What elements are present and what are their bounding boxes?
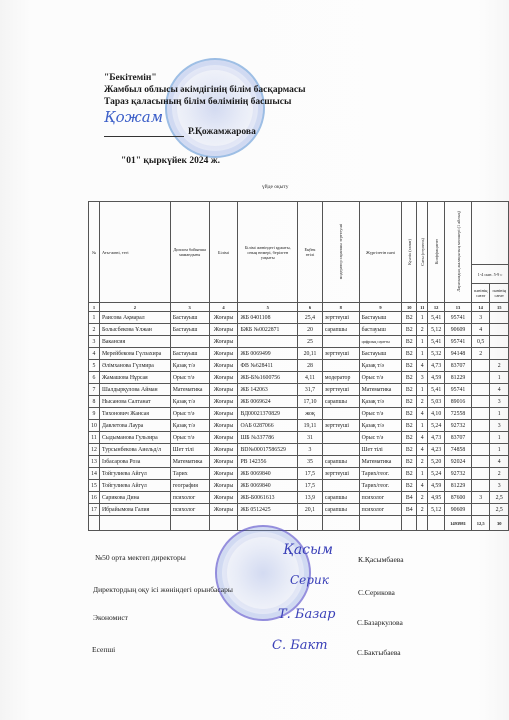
approval-block: "Бекітемін" Жамбыл облысы әкімдігінің бі…	[104, 72, 306, 108]
cell-salary: 92024	[445, 456, 472, 468]
signatory-name-3: С.Базаркулова	[357, 618, 403, 627]
cell-no: 8	[89, 396, 100, 408]
cell-h15: 1	[490, 432, 509, 444]
cell-h14: 2	[471, 348, 490, 360]
cell-cat: сарапшы	[322, 456, 359, 468]
cell-h15: 2	[490, 468, 509, 480]
cell-name: Раисова Ақмарал	[99, 312, 170, 324]
approver-name: Р.Қожамжарова	[188, 127, 256, 137]
cell-salary: 74858	[445, 444, 472, 456]
signatory-name-1: К.Қасымбаева	[358, 555, 404, 564]
cell-grade: В4	[402, 492, 417, 504]
cell-name: Тойгулиева Айгүл	[99, 480, 170, 492]
cell-doc: ВД00021370829	[238, 408, 298, 420]
cell-level: 2	[417, 456, 428, 468]
header-hours-14: пәнінің сағат	[471, 284, 490, 303]
cell-edu: Жоғары	[209, 444, 238, 456]
cell-salary: 81229	[445, 372, 472, 384]
cell-h14: 4	[471, 324, 490, 336]
cell-name: Сыдыманова Гульзира	[99, 432, 170, 444]
cell-name: Болысбекова Ұлжан	[99, 324, 170, 336]
cell-coef: 4,59	[428, 372, 445, 384]
cell-grade: В2	[402, 480, 417, 492]
totals-row: 1493981 12,5 30	[89, 516, 509, 531]
cell-diploma: Математика	[170, 456, 209, 468]
cell-doc: ЖБ 142063	[238, 384, 298, 396]
cell-coef: 5,24	[428, 420, 445, 432]
cell-salary: 81229	[445, 480, 472, 492]
cell-doc: ЖБ 0069840	[238, 480, 298, 492]
cell-grade: В2	[402, 360, 417, 372]
approval-date: "01" қыркүйек 2024 ж.	[121, 156, 220, 166]
cell-doc: ФВ №628411	[238, 360, 298, 372]
cell-exp: 13,9	[298, 492, 323, 504]
cell-salary: 92732	[445, 468, 472, 480]
cell-salary: 94148	[445, 348, 472, 360]
cell-exp: 19,11	[298, 420, 323, 432]
header-document: Білімі жөніндегі құжаты, оның нөмері, бе…	[238, 202, 298, 303]
cell-h15: 3	[490, 420, 509, 432]
cell-level: 4	[417, 360, 428, 372]
cell-exp: 17,10	[298, 396, 323, 408]
cell-no: 17	[89, 504, 100, 516]
cell-diploma: Бастауыш	[170, 348, 209, 360]
cell-edu: Жоғары	[209, 384, 238, 396]
cell-diploma: психолог	[170, 492, 209, 504]
cell-cat: зерттеуші	[322, 468, 359, 480]
cell-coef: 4,10	[428, 408, 445, 420]
cell-grade: В2	[402, 324, 417, 336]
cell-subj: Қазақ т/ә	[359, 360, 402, 372]
table-row: 7Шалдырқулова АйманМатематикаЖоғарыЖБ 14…	[89, 384, 509, 396]
cell-edu: Жоғары	[209, 396, 238, 408]
cell-salary: 87600	[445, 492, 472, 504]
cell-edu: Жоғары	[209, 480, 238, 492]
cell-coef: 4,73	[428, 432, 445, 444]
cell-diploma: Бастауыш	[170, 312, 209, 324]
cell-diploma: Бастауыш	[170, 324, 209, 336]
cell-exp: 31,7	[298, 384, 323, 396]
header-grade: Куәлік (санат)	[402, 202, 417, 303]
cell-coef: 5,12	[428, 504, 445, 516]
approval-heading: "Бекітемін"	[104, 72, 306, 84]
cell-h14	[471, 408, 490, 420]
cell-doc: РВ 142356	[238, 456, 298, 468]
cell-salary: 83707	[445, 360, 472, 372]
column-number-row: 1 2 3 4 5 6 8 9 10 11 12 13 14 15	[89, 303, 509, 312]
cell-grade: В2	[402, 408, 417, 420]
cell-exp: 20,1	[298, 504, 323, 516]
cell-exp: 17,5	[298, 480, 323, 492]
header-name: Аты-жөні, тегі	[99, 202, 170, 303]
cell-name: Давлетова Лаура	[99, 420, 170, 432]
table-row: 8Нысанова СалтанатҚазақ т/әЖоғарыЖБ 0069…	[89, 396, 509, 408]
cell-level: 2	[417, 396, 428, 408]
cell-h15	[490, 324, 509, 336]
cell-grade: В2	[402, 312, 417, 324]
cell-h14	[471, 384, 490, 396]
cell-cat	[322, 444, 359, 456]
cell-salary: 95741	[445, 384, 472, 396]
cell-name: Тойгулиева Айгүл	[99, 468, 170, 480]
cell-diploma: психолог	[170, 504, 209, 516]
header-subject: Жүргізетін пәні	[359, 202, 402, 303]
cell-doc: БЖБ №0022871	[238, 324, 298, 336]
cell-level: 2	[417, 504, 428, 516]
header-diploma: Диплом бойынша мамандығы	[170, 202, 209, 303]
cell-exp: 25,4	[298, 312, 323, 324]
table-row: 6Жамашова НұрсаяОрыс т/әЖоғарыЖБ-Б№16007…	[89, 372, 509, 384]
cell-cat: зерттеуші	[322, 348, 359, 360]
cell-exp: 31	[298, 432, 323, 444]
cell-subj: Орыс т/ә	[359, 408, 402, 420]
cell-no: 10	[89, 420, 100, 432]
header-education: Білімі	[209, 202, 238, 303]
cell-diploma: география	[170, 480, 209, 492]
cell-no: 2	[89, 324, 100, 336]
cell-edu: Жоғары	[209, 324, 238, 336]
cell-level: 2	[417, 324, 428, 336]
cell-level: 1	[417, 312, 428, 324]
cell-cat: зерттеуші	[322, 312, 359, 324]
document-page: Қожам "Бекітемін" Жамбыл облысы әкімдігі…	[0, 0, 509, 720]
cell-doc: ЖБ 0401108	[238, 312, 298, 324]
cell-exp: 20,11	[298, 348, 323, 360]
table-row: 10Давлетова ЛаураҚазақ т/әЖоғарыОАБ 0287…	[89, 420, 509, 432]
cell-edu: Жоғары	[209, 312, 238, 324]
total-hours-14: 12,5	[471, 516, 490, 531]
cell-salary: 90609	[445, 324, 472, 336]
cell-h14	[471, 360, 490, 372]
cell-name: Турсынбекова Аиельд/л	[99, 444, 170, 456]
table-row: 4Мерейбекова ГүлзахираБастауышЖоғарыЖБ 0…	[89, 348, 509, 360]
cell-h15: 4	[490, 456, 509, 468]
cell-h14	[471, 504, 490, 516]
cell-h14: 3	[471, 312, 490, 324]
table-row: 17Ибрайымова ГалияпсихологЖоғарыЖБ 05124…	[89, 504, 509, 516]
cell-subj: Тарих/геог.	[359, 468, 402, 480]
header-hours-15: пәнінің сағат	[490, 284, 509, 303]
cell-exp: 17,5	[298, 468, 323, 480]
header-coefficient: Коэффициент	[428, 202, 445, 303]
cell-diploma: Орыс т/ә	[170, 432, 209, 444]
cell-cat	[322, 480, 359, 492]
cell-no: 1	[89, 312, 100, 324]
cell-grade: В2	[402, 348, 417, 360]
cell-cat: сарапшы	[322, 396, 359, 408]
cell-h15: 2,5	[490, 504, 509, 516]
cell-diploma: Математика	[170, 384, 209, 396]
cell-doc: ОАБ 0287066	[238, 420, 298, 432]
cell-no: 14	[89, 468, 100, 480]
cell-h14: 3	[471, 492, 490, 504]
cell-salary: 95741	[445, 336, 472, 348]
cell-h14	[471, 372, 490, 384]
cell-name: Тихонович Жансая	[99, 408, 170, 420]
signature-line	[104, 136, 184, 137]
header-group-spacer	[471, 202, 508, 265]
cell-diploma: Орыс т/ә	[170, 372, 209, 384]
cell-h15: 2	[490, 360, 509, 372]
cell-grade: В2	[402, 372, 417, 384]
cell-no: 5	[89, 360, 100, 372]
cell-doc: ВD№00017586529	[238, 444, 298, 456]
cell-coef: 4,95	[428, 492, 445, 504]
cell-diploma: Қазақ т/ә	[170, 360, 209, 372]
cell-doc: ЖБ 0512425	[238, 504, 298, 516]
cell-edu: Жоғары	[209, 420, 238, 432]
cell-level: 2	[417, 492, 428, 504]
cell-h15: 4	[490, 384, 509, 396]
cell-name: Нысанова Салтанат	[99, 396, 170, 408]
cell-h15: 2,5	[490, 492, 509, 504]
cell-edu: Жоғары	[209, 348, 238, 360]
cell-no: 13	[89, 456, 100, 468]
cell-cat	[322, 408, 359, 420]
signatory-role-2: Директордың оқу ісі жөніндегі орынбасары	[93, 585, 233, 594]
cell-subj: бастауыш	[359, 324, 402, 336]
cell-edu: Жоғары	[209, 360, 238, 372]
cell-doc: ШБ №337786	[238, 432, 298, 444]
cell-h14	[471, 468, 490, 480]
cell-subj: цифрлық сауатты	[359, 336, 402, 348]
handwritten-signature-top: Қожам	[104, 108, 163, 126]
cell-diploma: Тарих	[170, 468, 209, 480]
cell-exp: 28	[298, 360, 323, 372]
cell-cat: сарапшы	[322, 492, 359, 504]
cell-coef: 5,03	[428, 396, 445, 408]
cell-grade: В2	[402, 444, 417, 456]
cell-no: 16	[89, 492, 100, 504]
cell-coef: 5,12	[428, 324, 445, 336]
cell-salary: 95741	[445, 312, 472, 324]
cell-subj: Тарих/геог.	[359, 480, 402, 492]
cell-h14	[471, 432, 490, 444]
cell-grade: В4	[402, 504, 417, 516]
cell-h15: 1	[490, 444, 509, 456]
table-row: 3ВакансияЖоғары25цифрлық сауаттыВ215,419…	[89, 336, 509, 348]
cell-coef: 5,41	[428, 384, 445, 396]
cell-no: 9	[89, 408, 100, 420]
cell-cat: модератор	[322, 372, 359, 384]
cell-edu: Жоғары	[209, 372, 238, 384]
total-hours-15: 30	[490, 516, 509, 531]
signatory-role-1: №50 орта мектеп директоры	[95, 553, 186, 562]
table-row: 12Турсынбекова Аиельд/лШет тіліЖоғарыВD№…	[89, 444, 509, 456]
cell-cat: сарапшы	[322, 504, 359, 516]
cell-h15: 3	[490, 396, 509, 408]
cell-level: 1	[417, 468, 428, 480]
cell-salary: 83707	[445, 432, 472, 444]
handwritten-signature-4: С. Бакт	[272, 638, 328, 653]
table-row: 13Ізбасарова РозаМатематикаЖоғарыРВ 1423…	[89, 456, 509, 468]
cell-level: 4	[417, 480, 428, 492]
header-experience: Еңбек өтілі	[298, 202, 323, 303]
table-row: 16Сарикова ДинапсихологЖоғарыЖБ-Б0061613…	[89, 492, 509, 504]
cell-grade: В2	[402, 420, 417, 432]
cell-name: Мерейбекова Гүлзахира	[99, 348, 170, 360]
cell-h14	[471, 480, 490, 492]
cell-name: Ибрайымова Галия	[99, 504, 170, 516]
cell-coef: 4,59	[428, 480, 445, 492]
cell-level: 1	[417, 420, 428, 432]
cell-h15: 1	[490, 372, 509, 384]
header-category: модератор сарапшы зерттеуші	[322, 202, 359, 303]
cell-doc: ЖБ 0069624	[238, 396, 298, 408]
cell-edu: Жоғары	[209, 432, 238, 444]
cell-level: 3	[417, 372, 428, 384]
cell-level: 1	[417, 348, 428, 360]
cell-grade: В2	[402, 456, 417, 468]
header-hours-group: 1-4 сын. 5-9 с	[471, 265, 508, 284]
cell-cat: сарапшы	[322, 324, 359, 336]
cell-h14	[471, 396, 490, 408]
cell-h14	[471, 456, 490, 468]
cell-exp: 3	[298, 444, 323, 456]
cell-edu: Жоғары	[209, 456, 238, 468]
header-no: №	[89, 202, 100, 303]
cell-subj: психолог	[359, 504, 402, 516]
signatory-name-2: С.Серикова	[358, 588, 395, 597]
cell-subj: Математика	[359, 456, 402, 468]
cell-doc	[238, 336, 298, 348]
cell-name: Жамашова Нұрсая	[99, 372, 170, 384]
cell-diploma	[170, 336, 209, 348]
cell-name: Әлімханова Гүлмира	[99, 360, 170, 372]
cell-cat: зерттеуші	[322, 384, 359, 396]
table-row: 14Тойгулиева АйгүлТарихЖоғарыЖБ 00698401…	[89, 468, 509, 480]
cell-exp: 4,11	[298, 372, 323, 384]
cell-subj: психолог	[359, 492, 402, 504]
cell-name: Вакансия	[99, 336, 170, 348]
cell-exp: 25	[298, 336, 323, 348]
cell-no: 3	[89, 336, 100, 348]
cell-coef: 4,73	[428, 360, 445, 372]
cell-h14	[471, 444, 490, 456]
cell-doc: ЖБ 0069840	[238, 468, 298, 480]
cell-diploma: Қазақ т/ә	[170, 420, 209, 432]
table-row: 9Тихонович ЖансаяОрыс т/әЖоғарыВД0002137…	[89, 408, 509, 420]
cell-h15: 3	[490, 480, 509, 492]
table-body: 1Раисова АқмаралБастауышЖоғарыЖБ 0401108…	[89, 312, 509, 516]
table-row: 15Тойгулиева АйгүлгеографияЖоғарыЖБ 0069…	[89, 480, 509, 492]
cell-coef: 5,20	[428, 456, 445, 468]
cell-level: 1	[417, 336, 428, 348]
cell-subj: Қазақ т/ә	[359, 396, 402, 408]
table-row: 11Сыдыманова ГульзираОрыс т/әЖоғарыШБ №3…	[89, 432, 509, 444]
cell-subj: Бастауыш	[359, 312, 402, 324]
cell-name: Шалдырқулова Айман	[99, 384, 170, 396]
cell-h14: 0,5	[471, 336, 490, 348]
cell-doc: ЖБ-Б0061613	[238, 492, 298, 504]
table-row: 5Әлімханова ГүлмираҚазақ т/әЖоғарыФВ №62…	[89, 360, 509, 372]
cell-grade: В2	[402, 432, 417, 444]
cell-coef: 5,24	[428, 468, 445, 480]
header-level: Саты (ступень)	[417, 202, 428, 303]
cell-cat	[322, 336, 359, 348]
cell-doc: ЖБ 0069499	[238, 348, 298, 360]
cell-doc: ЖБ-Б№1600756	[238, 372, 298, 384]
cell-edu: Жоғары	[209, 408, 238, 420]
cell-grade: В2	[402, 396, 417, 408]
cell-subj: Қазақ т/ә	[359, 420, 402, 432]
cell-salary: 89016	[445, 396, 472, 408]
signatory-role-4: Есепші	[92, 645, 115, 654]
cell-cat: зерттеуші	[322, 420, 359, 432]
cell-no: 15	[89, 480, 100, 492]
header-salary: Лауазымдық жалақының мөлшері (1 айлық)	[445, 202, 472, 303]
table-row: 1Раисова АқмаралБастауышЖоғарыЖБ 0401108…	[89, 312, 509, 324]
cell-edu: Жоғары	[209, 336, 238, 348]
cell-h15	[490, 336, 509, 348]
cell-grade: В2	[402, 336, 417, 348]
cell-no: 12	[89, 444, 100, 456]
signatory-role-3: Экономист	[93, 613, 128, 622]
cell-name: Ізбасарова Роза	[99, 456, 170, 468]
cell-edu: Жоғары	[209, 504, 238, 516]
cell-coef: 5,32	[428, 348, 445, 360]
cell-exp: жоқ	[298, 408, 323, 420]
handwritten-signature-2: Серик	[290, 573, 329, 587]
cell-no: 7	[89, 384, 100, 396]
cell-coef: 5,41	[428, 312, 445, 324]
cell-subj: Математика	[359, 384, 402, 396]
cell-h15	[490, 348, 509, 360]
cell-grade: В2	[402, 468, 417, 480]
cell-level: 1	[417, 384, 428, 396]
cell-exp: 35	[298, 456, 323, 468]
cell-diploma: Қазақ т/ә	[170, 396, 209, 408]
handwritten-signature-1: Қасым	[283, 542, 333, 558]
cell-exp: 20	[298, 324, 323, 336]
cell-h15: 1	[490, 408, 509, 420]
cell-edu: Жоғары	[209, 468, 238, 480]
cell-no: 4	[89, 348, 100, 360]
cell-h14	[471, 420, 490, 432]
staff-table: № Аты-жөні, тегі Диплом бойынша мамандығ…	[88, 201, 509, 531]
signatory-name-4: С.Бактыбаева	[357, 648, 401, 657]
cell-cat	[322, 432, 359, 444]
cell-level: 4	[417, 432, 428, 444]
cell-coef: 5,41	[428, 336, 445, 348]
approval-line-1: Жамбыл облысы әкімдігінің білім басқарма…	[104, 84, 306, 96]
cell-name: Сарикова Дина	[99, 492, 170, 504]
cell-level: 4	[417, 408, 428, 420]
cell-coef: 4,23	[428, 444, 445, 456]
document-subtitle: үйде оқыту	[262, 184, 289, 190]
cell-subj: Шет тілі	[359, 444, 402, 456]
cell-salary: 90609	[445, 504, 472, 516]
cell-subj: Бастауыш	[359, 348, 402, 360]
cell-grade: В2	[402, 384, 417, 396]
handwritten-signature-3: Т. Базар	[278, 607, 335, 622]
approval-line-2: Тараз қаласының білім бөлімінің басшысы	[104, 96, 306, 108]
cell-level: 4	[417, 444, 428, 456]
cell-edu: Жоғары	[209, 492, 238, 504]
table-row: 2Болысбекова ҰлжанБастауышЖоғарыБЖБ №002…	[89, 324, 509, 336]
cell-no: 11	[89, 432, 100, 444]
cell-diploma: Шет тілі	[170, 444, 209, 456]
cell-h15	[490, 312, 509, 324]
cell-cat	[322, 360, 359, 372]
total-salary: 1493981	[445, 516, 472, 531]
cell-diploma: Орыс т/ә	[170, 408, 209, 420]
cell-salary: 92732	[445, 420, 472, 432]
cell-subj: Орыс т/ә	[359, 432, 402, 444]
cell-salary: 72558	[445, 408, 472, 420]
cell-no: 6	[89, 372, 100, 384]
cell-subj: Орыс т/ә	[359, 372, 402, 384]
